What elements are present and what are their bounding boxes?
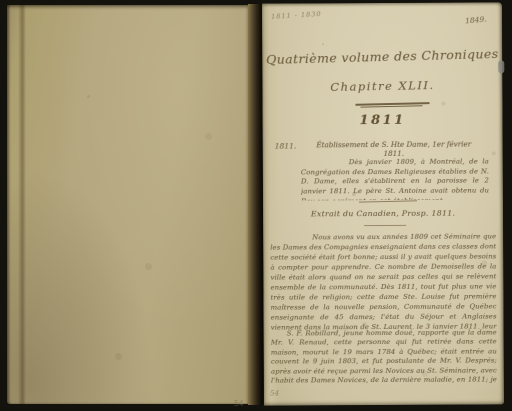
page-crease — [18, 5, 26, 404]
establishment-line: Établissement de S. Hte Dame, 1er févrie… — [309, 139, 479, 158]
book-gutter-shadow — [248, 4, 263, 405]
extract-heading: Extrait du Canadien, Prosp. 1811. — [263, 208, 503, 218]
manuscript-scan-photo: 1811 - 1830 1849. Quatrième volume des C… — [0, 0, 512, 411]
foxing-spots — [87, 95, 90, 98]
divider-rule — [360, 105, 422, 107]
page-number: 54 — [270, 390, 279, 398]
left-blank-page — [7, 5, 248, 404]
section-title-row: 1811. Établissement de S. Hte Dame, 1er … — [263, 139, 503, 152]
divider-rule — [359, 200, 417, 202]
manuscript-paragraph: Dès janvier 1809, à Montréal, de la Cong… — [301, 157, 489, 200]
foxing-spots — [322, 43, 324, 45]
volume-title: Quatrième volume des Chroniques — [262, 46, 502, 67]
corner-year-annotation: 1849. — [464, 15, 486, 26]
page-edge-mark — [498, 60, 504, 73]
manuscript-paragraph: S. F. Robillard, jeune homme doué, rappo… — [271, 328, 497, 385]
chapter-heading: Chapitre XLII. — [262, 77, 502, 96]
divider-rule — [364, 225, 406, 226]
year-heading: 1811 — [263, 112, 503, 128]
manuscript-paragraph: Nous avons vu aux années 1809 cet Sémina… — [270, 231, 497, 329]
mat-frame-number: 54 — [234, 399, 244, 408]
manuscript-page: 1811 - 1830 1849. Quatrième volume des C… — [262, 2, 504, 405]
pencil-date-range-note: 1811 - 1830 — [271, 10, 322, 21]
margin-year-note: 1811. — [275, 141, 297, 150]
